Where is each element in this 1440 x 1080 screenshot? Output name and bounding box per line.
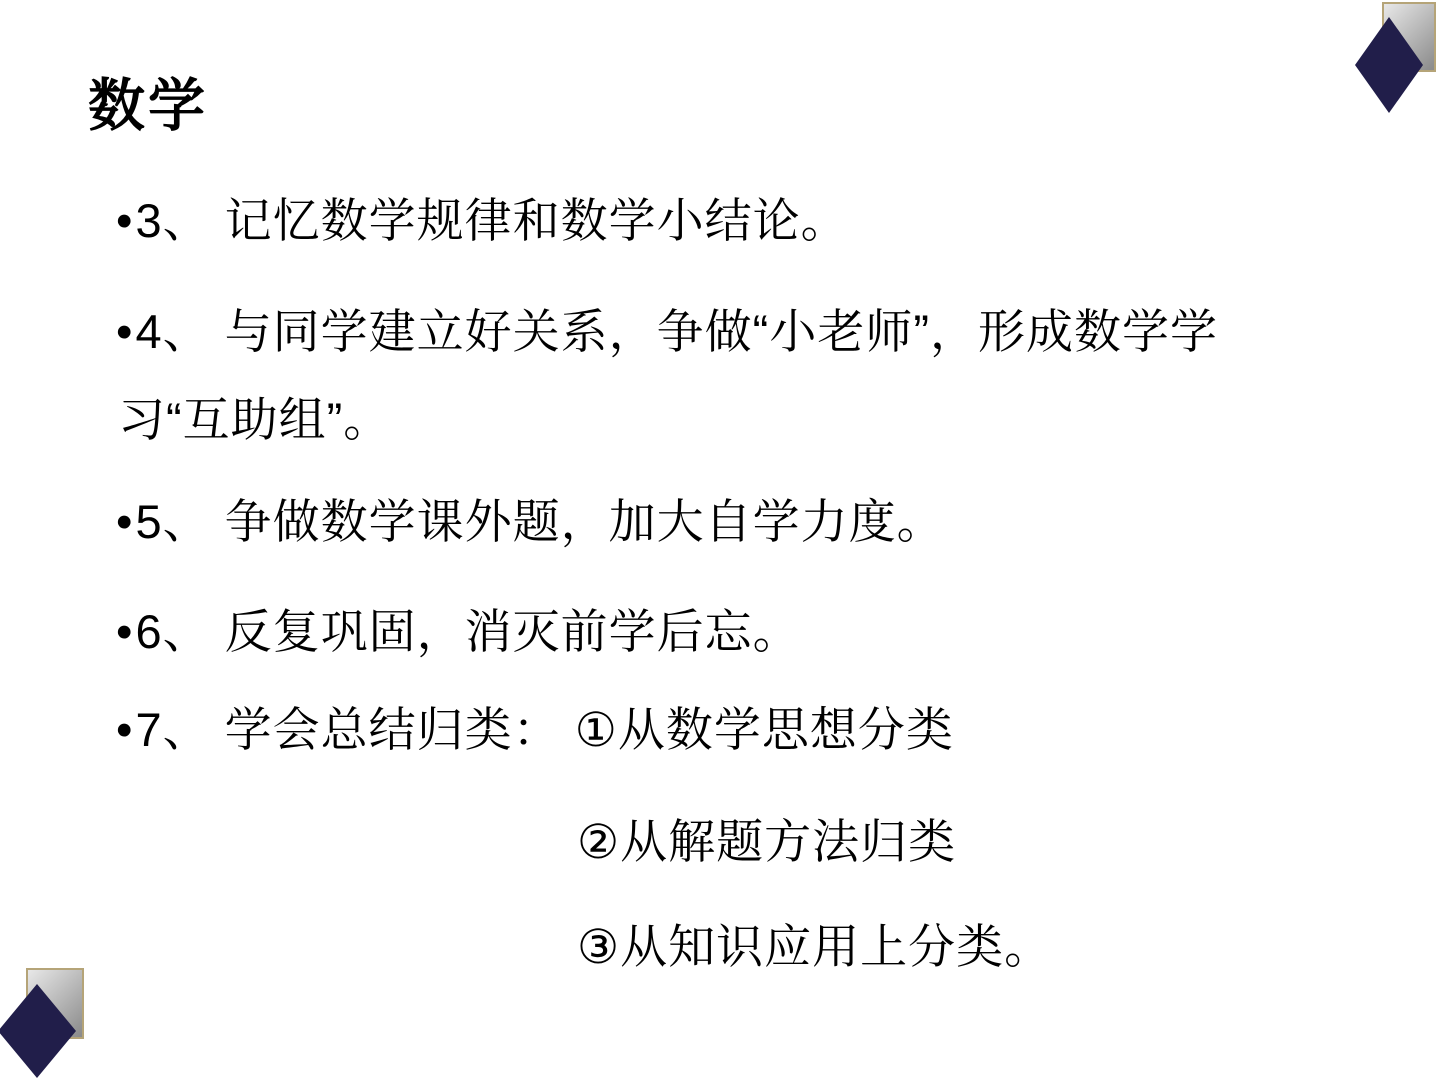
bullet-line: •7、 学会总结归类： ①从数学思想分类	[116, 699, 954, 760]
slide-canvas: 数学 •3、 记忆数学规律和数学小结论。 •4、 与同学建立好关系，争做“小老师…	[0, 0, 1440, 1080]
bullet-text: 3、 记忆数学规律和数学小结论。	[135, 194, 848, 247]
bullet-icon: •	[116, 601, 133, 662]
bullet-line: •3、 记忆数学规律和数学小结论。	[116, 190, 849, 251]
bullet-text: 习“互助组”。	[118, 393, 391, 446]
bullet-text: 5、 争做数学课外题，加大自学力度。	[135, 495, 944, 548]
bullet-icon: •	[116, 301, 133, 362]
bullet-icon: •	[116, 190, 133, 251]
page-title: 数学	[88, 60, 208, 142]
bullet-text: 6、 反复巩固，消灭前学后忘。	[135, 605, 800, 658]
bullet-text: 4、 与同学建立好关系，争做“小老师”，形成数学学	[135, 305, 1218, 358]
bullet-line: •6、 反复巩固，消灭前学后忘。	[116, 601, 801, 662]
bullet-text: 7、 学会总结归类： ①从数学思想分类	[135, 703, 953, 756]
continuation-line: 习“互助组”。	[118, 389, 391, 450]
sub-item-text: ③从知识应用上分类。	[577, 920, 1052, 973]
bullet-icon: •	[116, 491, 133, 552]
bullet-line: •5、 争做数学课外题，加大自学力度。	[116, 491, 945, 552]
sub-item-text: ②从解题方法归类	[577, 815, 956, 868]
sub-item-line: ③从知识应用上分类。	[577, 916, 1052, 977]
bullet-icon: •	[116, 699, 133, 760]
sub-item-line: ②从解题方法归类	[577, 811, 956, 872]
bullet-line: •4、 与同学建立好关系，争做“小老师”，形成数学学	[116, 301, 1218, 362]
